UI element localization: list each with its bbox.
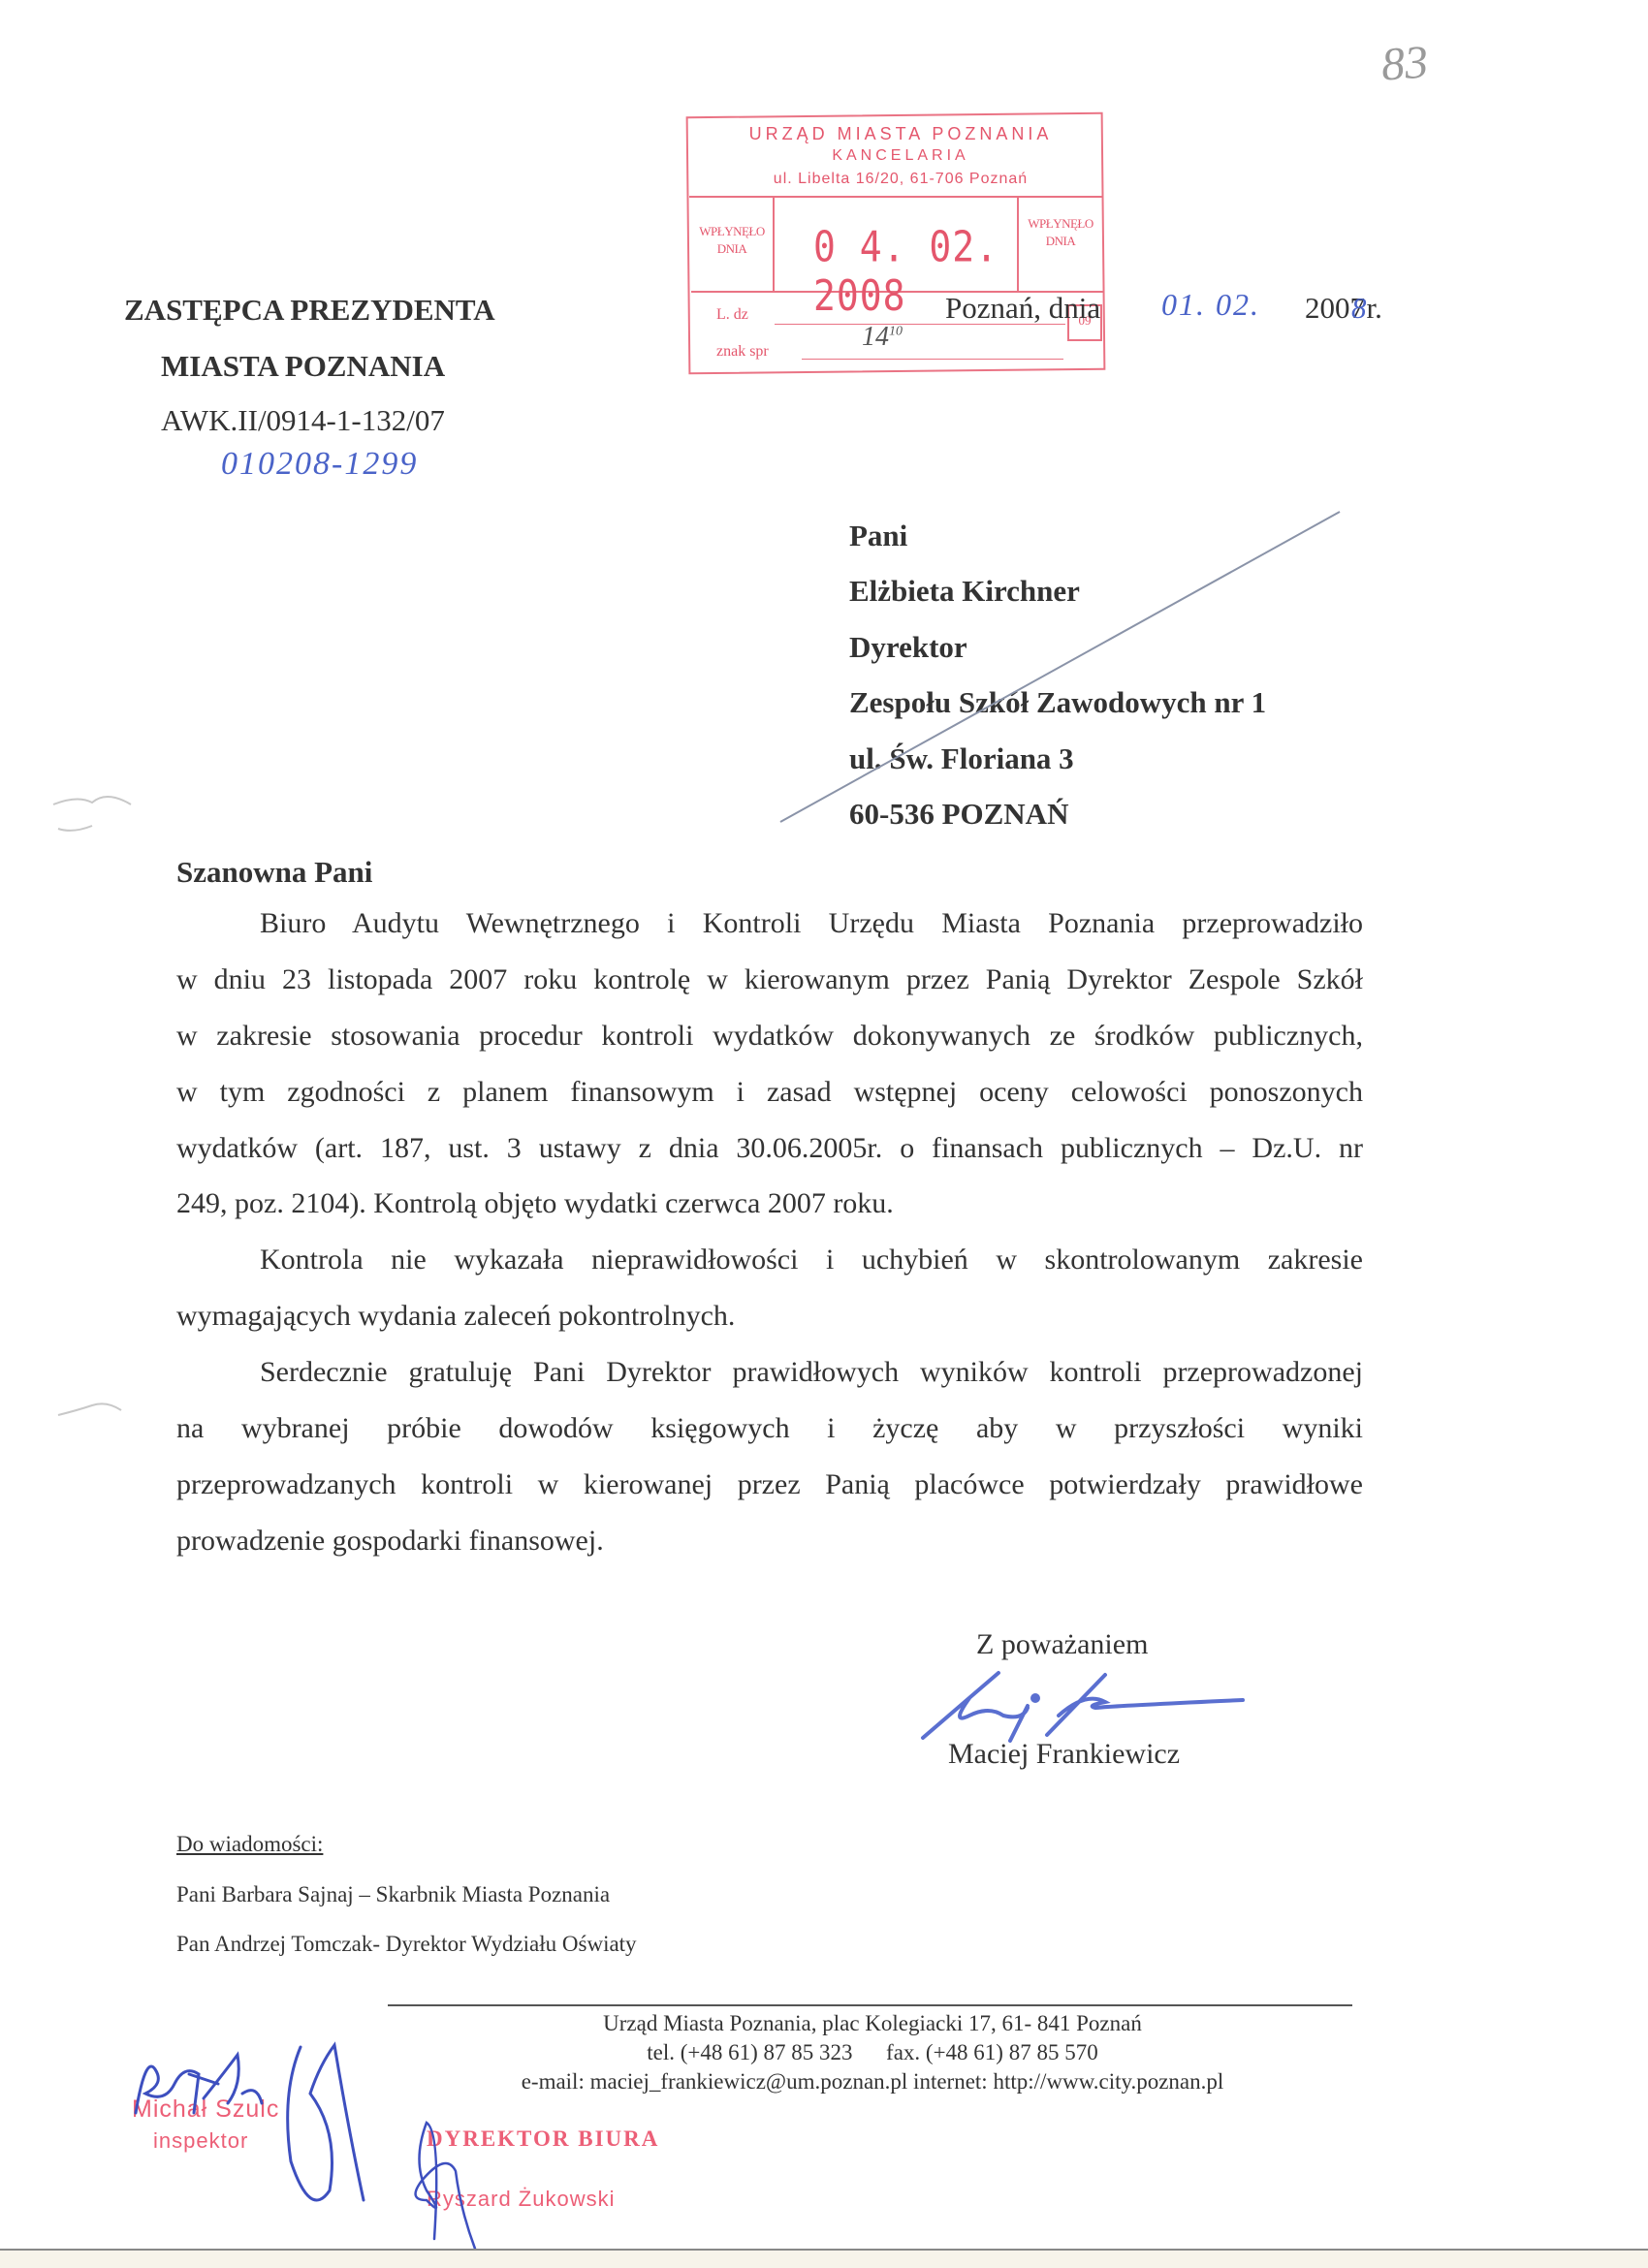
handwritten-date: 01. 02. — [1161, 287, 1260, 323]
addressee-title: Dyrektor — [849, 630, 967, 665]
stamp-ldz-label: L. dz — [716, 306, 748, 324]
letter-year: 20078r. — [1305, 291, 1382, 326]
body-line: w zakresie stosowania procedur kontroli … — [176, 1020, 1363, 1053]
sender-title: ZASTĘPCA PREZYDENTA — [124, 293, 495, 328]
reference-number: AWK.II/0914-1-132/07 — [161, 403, 445, 438]
signature-loop-icon — [288, 2045, 364, 2200]
sender-city: MIASTA POZNANIA — [161, 349, 445, 384]
stamp-ldz-handwritten: 1410 — [862, 322, 903, 353]
handwritten-reference: 010208-1299 — [221, 446, 418, 483]
place-label: Poznań, dnia — [945, 291, 1100, 326]
director-stamp-name: Ryszard Żukowski — [427, 2187, 615, 2212]
body-line: przeprowadzanych kontroli w kierowanej p… — [176, 1468, 1363, 1501]
body-line: w tym zgodności z planem finansowym i za… — [176, 1076, 1363, 1109]
stamp-address: ul. Libelta 16/20, 61-706 Poznań — [707, 171, 1094, 188]
pencil-mark-icon — [53, 797, 131, 831]
footer-contact: e-mail: maciej_frankiewicz@um.poznan.pl … — [388, 2069, 1357, 2095]
signer-name: Maciej Frankiewicz — [948, 1738, 1180, 1771]
inspector-stamp-name: Michał Szulc — [132, 2095, 279, 2124]
body-line: Kontrola nie wykazała nieprawidłowości i… — [176, 1244, 1363, 1276]
ldz-value: 14 — [862, 322, 889, 352]
addressee-street: ul. Św. Floriana 3 — [849, 741, 1074, 776]
salutation: Szanowna Pani — [176, 855, 372, 890]
footer-phones: tel. (+48 61) 87 85 323 fax. (+48 61) 87… — [388, 2040, 1357, 2065]
inspector-stamp-role: inspektor — [153, 2128, 248, 2154]
year-suffix: r. — [1367, 291, 1382, 325]
signature-frankiewicz-icon — [923, 1673, 1243, 1741]
stamp-znak-label: znak spr — [716, 343, 769, 361]
body-line: wymagających wydania zaleceń pokontrolny… — [176, 1300, 1363, 1333]
body-line: w dniu 23 listopada 2007 roku kontrolę w… — [176, 963, 1363, 996]
handwritten-page-number: 83 — [1379, 35, 1430, 91]
stamp-department: KANCELARIA — [707, 147, 1094, 165]
stamp-znak-line — [802, 359, 1063, 360]
addressee-name: Elżbieta Kirchner — [849, 574, 1080, 609]
stamp-office: URZĄD MIASTA POZNANIA — [707, 124, 1094, 144]
incoming-stamp: URZĄD MIASTA POZNANIA KANCELARIA ul. Lib… — [687, 114, 1104, 376]
body-line: prowadzenie gospodarki finansowej. — [176, 1525, 1363, 1558]
cc-recipient: Pan Andrzej Tomczak- Dyrektor Wydziału O… — [176, 1932, 637, 1957]
stamp-divider — [773, 196, 775, 291]
stamp-divider — [689, 196, 1102, 198]
ldz-sup: 10 — [889, 325, 903, 339]
director-stamp-title: DYREKTOR BIURA — [427, 2126, 659, 2152]
year-correction: 8 — [1351, 291, 1367, 325]
stamp-label-left: WPŁYNĘŁO DNIA — [693, 223, 771, 258]
addressee-line: Pani — [849, 519, 907, 553]
body-line: na wybranej próbie dowodów księgowych i … — [176, 1412, 1363, 1445]
pencil-mark-icon — [58, 1403, 121, 1415]
scan-bottom-edge — [0, 2249, 1648, 2268]
closing-phrase: Z poważaniem — [976, 1628, 1148, 1661]
footer-rule — [388, 2004, 1352, 2006]
body-line: wydatków (art. 187, ust. 3 ustawy z dnia… — [176, 1132, 1363, 1165]
cc-recipient: Pani Barbara Sajnaj – Skarbnik Miasta Po… — [176, 1882, 610, 1907]
addressee-city: 60-536 POZNAŃ — [849, 797, 1068, 832]
body-line: 249, poz. 2104). Kontrolą objęto wydatki… — [176, 1187, 1363, 1220]
stamp-label-right: WPŁYNĘŁO DNIA — [1022, 215, 1099, 250]
addressee-institution: Zespołu Szkół Zawodowych nr 1 — [849, 685, 1266, 720]
cc-title: Do wiadomości: — [176, 1832, 323, 1857]
body-line: Serdecznie gratuluję Pani Dyrektor prawi… — [176, 1356, 1363, 1389]
footer-address: Urząd Miasta Poznania, plac Kolegiacki 1… — [388, 2011, 1357, 2036]
body-line: Biuro Audytu Wewnętrznego i Kontroli Urz… — [176, 907, 1363, 940]
